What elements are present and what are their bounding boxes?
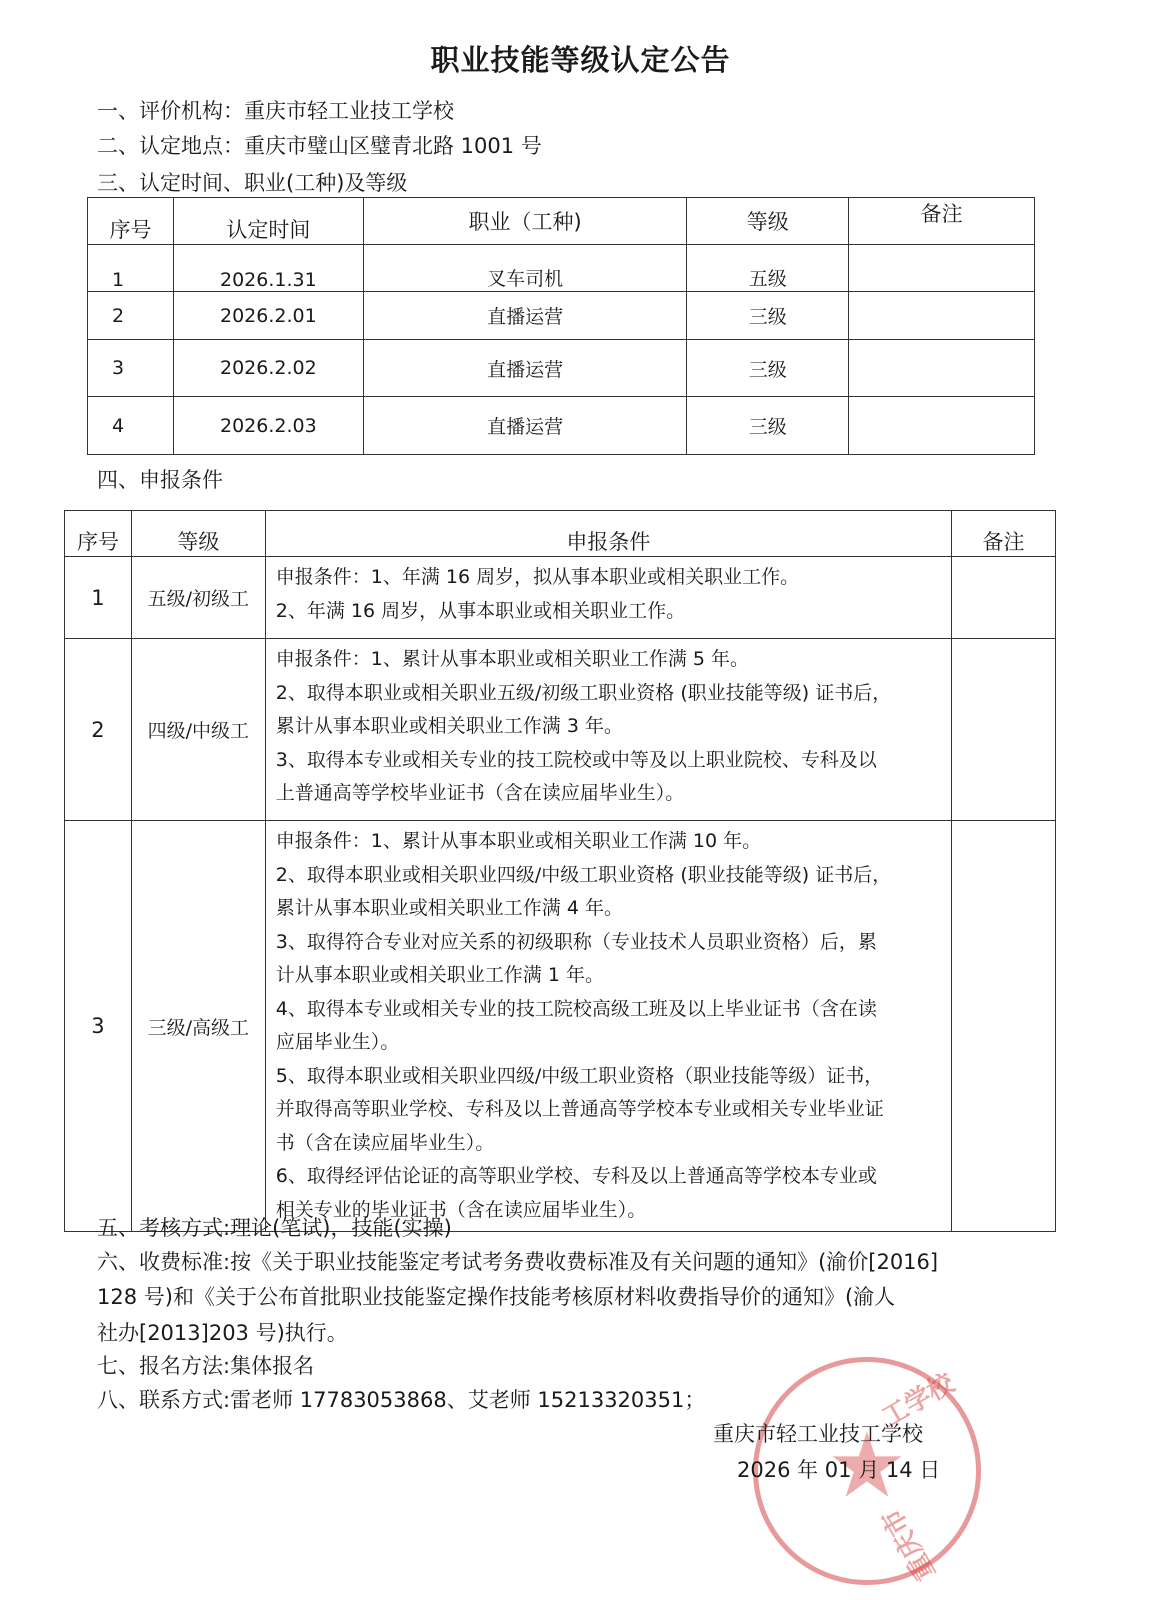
table-row: 2 四级/中级工 申报条件：1、累计从事本职业或相关职业工作满 5 年。 2、取…	[65, 639, 1056, 821]
section-registration: 七、报名方法:集体报名	[97, 1350, 314, 1380]
row-conditions: 申报条件：1、年满 16 周岁，拟从事本职业或相关职业工作。 2、年满 16 周…	[265, 557, 951, 639]
header-note: 备注	[849, 198, 1035, 245]
schedule-table: 序号 认定时间 职业（工种) 等级 备注 1 2026.1.31 叉车司机 五级…	[87, 197, 1035, 455]
condition-line: 3、取得符合专业对应关系的初级职称（专业技术人员职业资格）后，累	[276, 926, 941, 960]
row-occupation: 直播运营	[363, 397, 687, 455]
header-level: 等级	[131, 511, 265, 557]
row-occupation: 直播运营	[363, 292, 687, 340]
row-date: 2026.2.02	[173, 340, 363, 397]
row-date: 2026.2.03	[173, 397, 363, 455]
condition-line: 6、取得经评估论证的高等职业学校、专科及以上普通高等学校本专业或	[276, 1160, 941, 1194]
signature-organization: 重庆市轻工业技工学校	[713, 1418, 923, 1448]
row-level: 四级/中级工	[131, 639, 265, 821]
row-level: 三级	[687, 340, 849, 397]
header-note: 备注	[952, 511, 1056, 557]
condition-line: 累计从事本职业或相关职业工作满 3 年。	[276, 710, 941, 744]
section-location: 二、认定地点：重庆市璧山区璧青北路 1001 号	[97, 130, 542, 160]
header-conditions: 申报条件	[265, 511, 951, 557]
condition-line: 并取得高等职业学校、专科及以上普通高等学校本专业或相关专业毕业证	[276, 1093, 941, 1127]
condition-line: 5、取得本职业或相关职业四级/中级工职业资格（职业技能等级）证书，	[276, 1060, 941, 1094]
condition-line: 计从事本职业或相关职业工作满 1 年。	[276, 959, 941, 993]
row-no: 4	[88, 397, 174, 455]
table-row: 3 三级/高级工 申报条件：1、累计从事本职业或相关职业工作满 10 年。 2、…	[65, 821, 1056, 1232]
header-level: 等级	[687, 198, 849, 245]
seal-bottom-text: 重庆市	[871, 1502, 942, 1588]
section-conditions-heading: 四、申报条件	[97, 464, 223, 494]
row-note	[952, 821, 1056, 1232]
section-fee-line-2: 128 号)和《关于公布首批职业技能鉴定操作技能考核原材料收费指导价的通知》(渝…	[97, 1281, 895, 1311]
row-no: 2	[88, 292, 174, 340]
row-note	[849, 340, 1035, 397]
row-note	[849, 397, 1035, 455]
section-schedule-heading: 三、认定时间、职业(工种)及等级	[97, 167, 407, 197]
section-evaluation-agency: 一、评价机构：重庆市轻工业技工学校	[97, 95, 454, 125]
table-row: 1 2026.1.31 叉车司机 五级	[88, 245, 1035, 292]
row-no: 3	[88, 340, 174, 397]
header-no: 序号	[65, 511, 132, 557]
row-note	[952, 639, 1056, 821]
table-row: 1 五级/初级工 申报条件：1、年满 16 周岁，拟从事本职业或相关职业工作。 …	[65, 557, 1056, 639]
row-date: 2026.1.31	[173, 245, 363, 292]
condition-line: 书（含在读应届毕业生）。	[276, 1127, 941, 1161]
row-no: 1	[88, 245, 174, 292]
condition-line: 上普通高等学校毕业证书（含在读应届毕业生）。	[276, 777, 941, 811]
row-conditions: 申报条件：1、累计从事本职业或相关职业工作满 10 年。 2、取得本职业或相关职…	[265, 821, 951, 1232]
section-contact: 八、联系方式:雷老师 17783053868、艾老师 15213320351；	[97, 1384, 705, 1414]
signature-date: 2026 年 01 月 14 日	[737, 1454, 940, 1484]
table-row: 4 2026.2.03 直播运营 三级	[88, 397, 1035, 455]
condition-line: 2、取得本职业或相关职业四级/中级工职业资格 (职业技能等级) 证书后，	[276, 859, 941, 893]
row-no: 3	[65, 821, 132, 1232]
row-no: 2	[65, 639, 132, 821]
row-no: 1	[65, 557, 132, 639]
condition-line: 4、取得本专业或相关专业的技工院校高级工班及以上毕业证书（含在读	[276, 993, 941, 1027]
condition-line: 申报条件：1、累计从事本职业或相关职业工作满 10 年。	[276, 825, 941, 859]
condition-line: 申报条件：1、年满 16 周岁，拟从事本职业或相关职业工作。	[276, 561, 941, 595]
row-level: 三级	[687, 397, 849, 455]
row-date: 2026.2.01	[173, 292, 363, 340]
conditions-header-row: 序号 等级 申报条件 备注	[65, 511, 1056, 557]
condition-line: 2、年满 16 周岁，从事本职业或相关职业工作。	[276, 595, 941, 629]
row-level: 三级	[687, 292, 849, 340]
condition-line: 3、取得本专业或相关专业的技工院校或中等及以上职业院校、专科及以	[276, 744, 941, 778]
row-note	[849, 292, 1035, 340]
condition-line: 2、取得本职业或相关职业五级/初级工职业资格 (职业技能等级) 证书后，	[276, 677, 941, 711]
row-note	[849, 245, 1035, 292]
row-level: 五级/初级工	[131, 557, 265, 639]
table-row: 3 2026.2.02 直播运营 三级	[88, 340, 1035, 397]
header-date: 认定时间	[173, 198, 363, 245]
page-title: 职业技能等级认定公告	[0, 38, 1161, 79]
row-level: 五级	[687, 245, 849, 292]
section-assessment-method: 五、考核方式:理论(笔试)，技能(实操)	[97, 1212, 452, 1242]
condition-line: 累计从事本职业或相关职业工作满 4 年。	[276, 892, 941, 926]
row-level: 三级/高级工	[131, 821, 265, 1232]
row-occupation: 直播运营	[363, 340, 687, 397]
section-fee-line-1: 六、收费标准:按《关于职业技能鉴定考试考务费收费标准及有关问题的通知》(渝价[2…	[97, 1246, 938, 1276]
header-no: 序号	[88, 198, 174, 245]
table-row: 2 2026.2.01 直播运营 三级	[88, 292, 1035, 340]
condition-line: 应届毕业生）。	[276, 1026, 941, 1060]
row-note	[952, 557, 1056, 639]
conditions-table: 序号 等级 申报条件 备注 1 五级/初级工 申报条件：1、年满 16 周岁，拟…	[64, 510, 1056, 1232]
row-occupation: 叉车司机	[363, 245, 687, 292]
schedule-header-row: 序号 认定时间 职业（工种) 等级 备注	[88, 198, 1035, 245]
condition-line: 申报条件：1、累计从事本职业或相关职业工作满 5 年。	[276, 643, 941, 677]
row-conditions: 申报条件：1、累计从事本职业或相关职业工作满 5 年。 2、取得本职业或相关职业…	[265, 639, 951, 821]
section-fee-line-3: 社办[2013]203 号)执行。	[97, 1317, 348, 1347]
header-occupation: 职业（工种)	[363, 198, 687, 245]
